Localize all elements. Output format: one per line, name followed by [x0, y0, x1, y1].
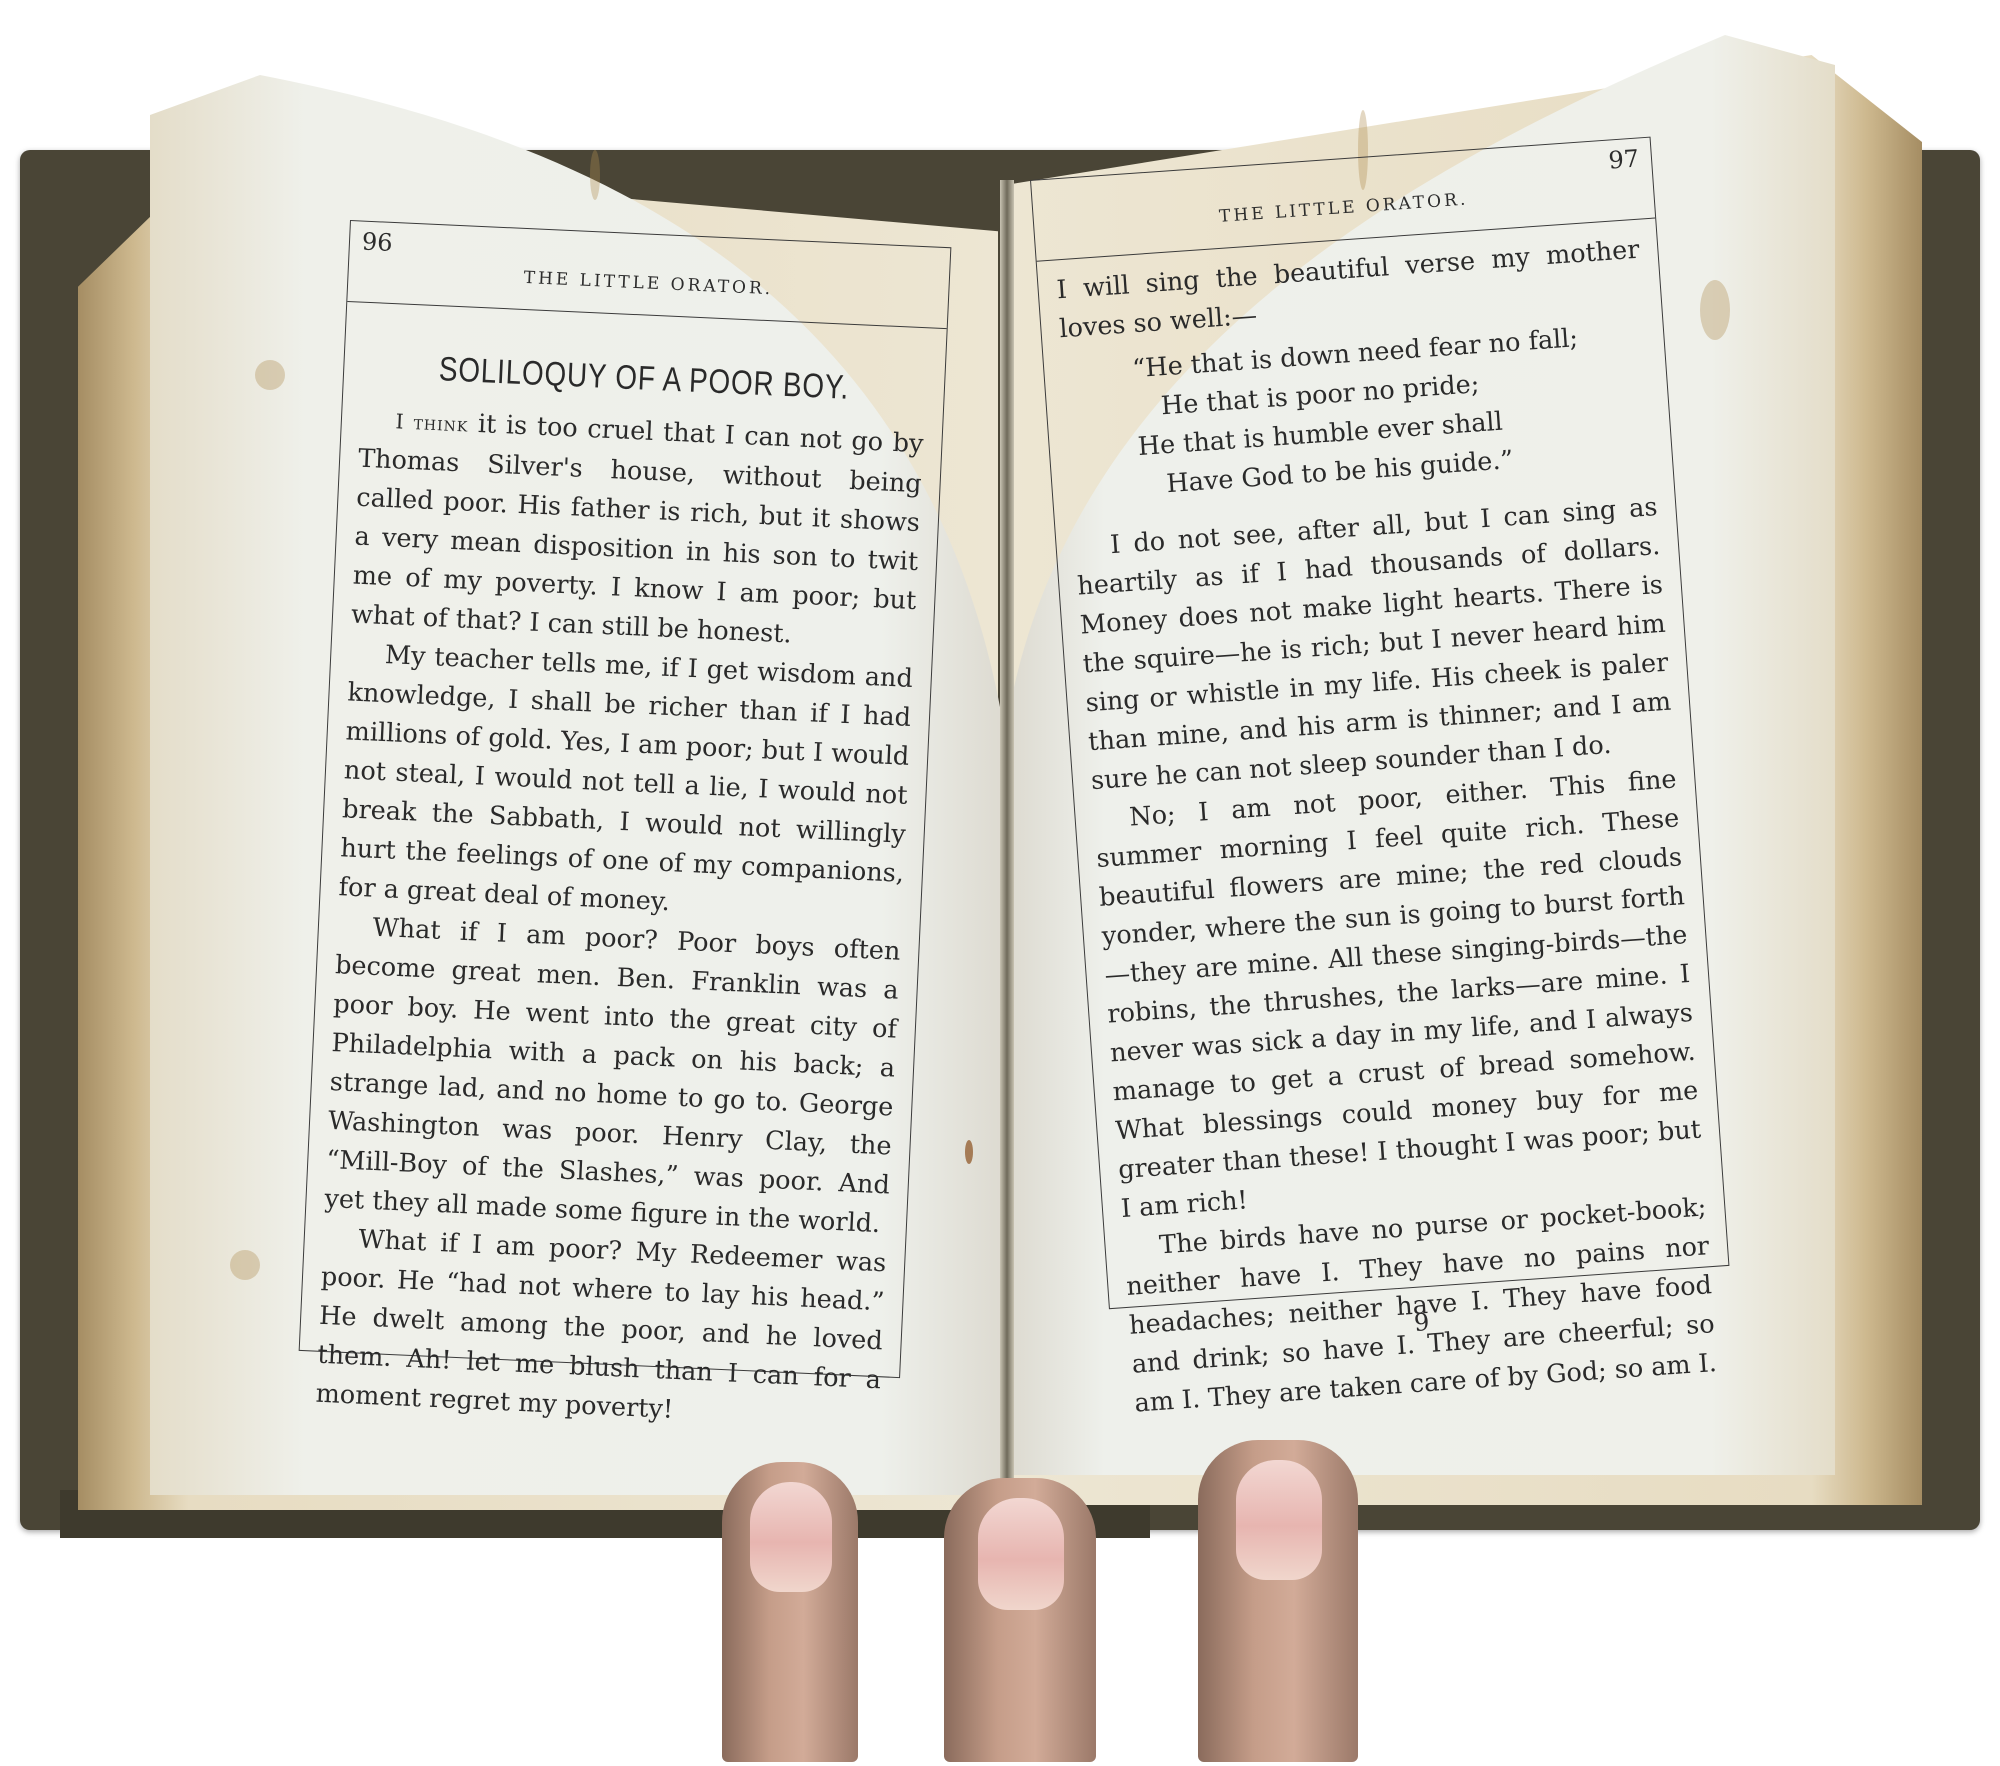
paragraph: What if I am poor? Poor boys often becom…	[324, 907, 902, 1244]
paper-stain	[965, 1140, 973, 1164]
paper-stain	[255, 360, 285, 390]
finger-right	[1198, 1440, 1358, 1762]
chapter-title: SOLILOQUY OF A POOR BOY.	[412, 349, 876, 409]
right-text-frame: 97 THE LITTLE ORATOR. I will sing the be…	[1030, 137, 1729, 1310]
paragraph: I think it is too cruel that I can not g…	[350, 400, 924, 660]
left-page-body: SOLILOQUY OF A POOR BOY. I think it is t…	[315, 347, 927, 1439]
finger-middle	[944, 1478, 1096, 1762]
paper-stain	[230, 1250, 260, 1280]
right-page-body: I will sing the beautiful verse my mothe…	[1055, 231, 1718, 1424]
fingernail	[1236, 1460, 1322, 1580]
left-text-frame: 96 THE LITTLE ORATOR. SOLILOQUY OF A POO…	[299, 220, 952, 1378]
verse-quote: “He that is down need fear no fall; He t…	[1131, 315, 1655, 506]
running-head-left: THE LITTLE ORATOR.	[347, 239, 949, 329]
paragraph: I do not see, after all, but I can sing …	[1073, 488, 1675, 801]
fingernail	[978, 1498, 1064, 1610]
paragraph: What if I am poor? My Redeemer was poor.…	[315, 1219, 887, 1439]
paper-stain	[590, 150, 600, 200]
paragraph: My teacher tells me, if I get wisdom and…	[338, 634, 914, 932]
paper-stain	[1700, 280, 1730, 340]
fingernail	[750, 1482, 832, 1592]
book-gutter	[1000, 180, 1014, 1500]
paragraph: No; I am not poor, either. This fine sum…	[1092, 760, 1705, 1229]
finger-left	[722, 1462, 858, 1762]
lead-word: I think	[395, 409, 469, 436]
